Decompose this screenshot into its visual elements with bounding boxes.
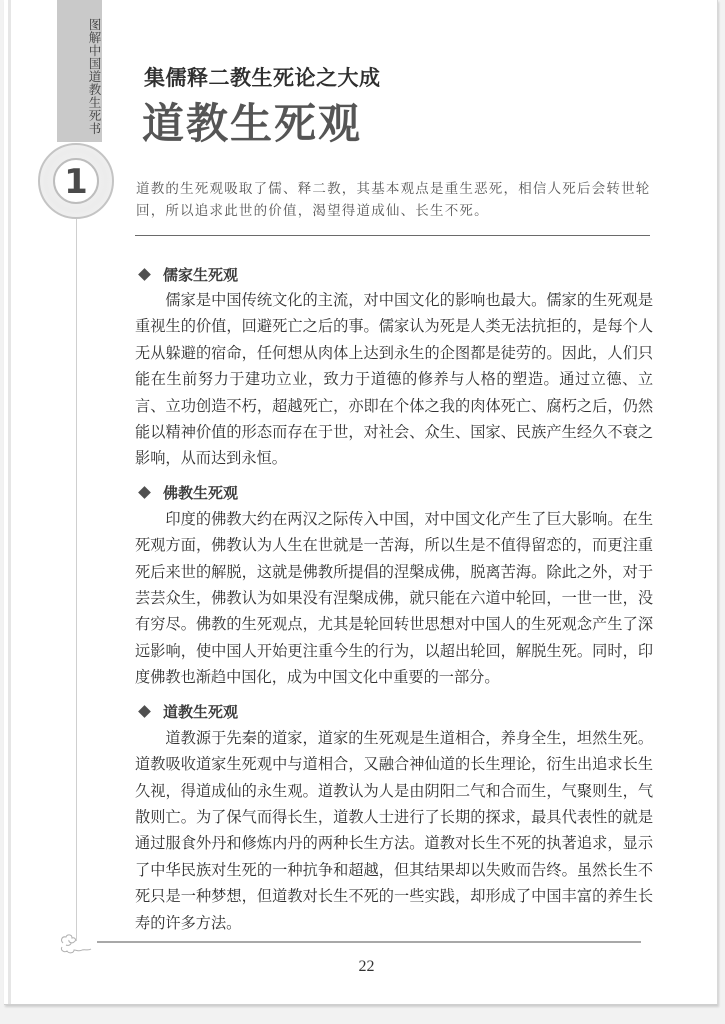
section-title: 儒家生死观	[163, 264, 238, 285]
page-edge	[8, 0, 11, 1004]
book-title-vertical: 图解中国道教生死书	[57, 18, 102, 135]
divider	[135, 235, 650, 236]
chapter-number: 1	[64, 165, 88, 199]
diamond-bullet-icon	[138, 705, 151, 718]
section-confucian: 儒家生死观 儒家是中国传统文化的主流，对中国文化的影响也最大。儒家的生死观是重视…	[135, 262, 653, 472]
intro-text: 道教的生死观吸取了儒、释二教，其基本观点是重生恶死，相信人死后会转世轮回，所以追…	[136, 178, 656, 222]
diamond-bullet-icon	[138, 268, 151, 281]
section-taoist: 道教生死观 道教源于先秦的道家，道家的生死观是生道相合，养身全生，坦然生死。道教…	[135, 700, 653, 936]
section-paragraph: 印度的佛教大约在两汉之际传入中国，对中国文化产生了巨大影响。在生死观方面，佛教认…	[135, 506, 653, 691]
section-heading: 道教生死观	[135, 700, 653, 724]
side-tab: 图解中国道教生死书	[57, 0, 102, 142]
section-heading: 佛教生死观	[135, 481, 653, 505]
cloud-ornament-icon	[58, 933, 92, 955]
section-title: 道教生死观	[163, 701, 238, 722]
chapter-badge-inner: 1	[53, 158, 99, 204]
section-paragraph: 儒家是中国传统文化的主流，对中国文化的影响也最大。儒家的生死观是重视生的价值，回…	[135, 287, 653, 472]
section-title: 佛教生死观	[163, 482, 238, 503]
margin-line	[76, 219, 77, 941]
section-paragraph: 道教源于先秦的道家，道家的生死观是生道相合，养身全生，坦然生死。道教吸收道家生死…	[135, 725, 653, 936]
footer-rule	[97, 941, 641, 943]
article-body: 儒家生死观 儒家是中国传统文化的主流，对中国文化的影响也最大。儒家的生死观是重视…	[135, 262, 653, 945]
chapter-badge: 1	[38, 143, 114, 219]
diamond-bullet-icon	[138, 486, 151, 499]
book-page: 图解中国道教生死书 1 集儒释二教生死论之大成 道教生死观 道教的生死观吸取了儒…	[4, 0, 718, 1005]
page-number: 22	[4, 958, 725, 976]
page-subtitle: 集儒释二教生死论之大成	[144, 62, 381, 92]
page-title: 道教生死观	[142, 101, 362, 147]
section-heading: 儒家生死观	[135, 262, 653, 286]
section-buddhist: 佛教生死观 印度的佛教大约在两汉之际传入中国，对中国文化产生了巨大影响。在生死观…	[135, 481, 653, 691]
